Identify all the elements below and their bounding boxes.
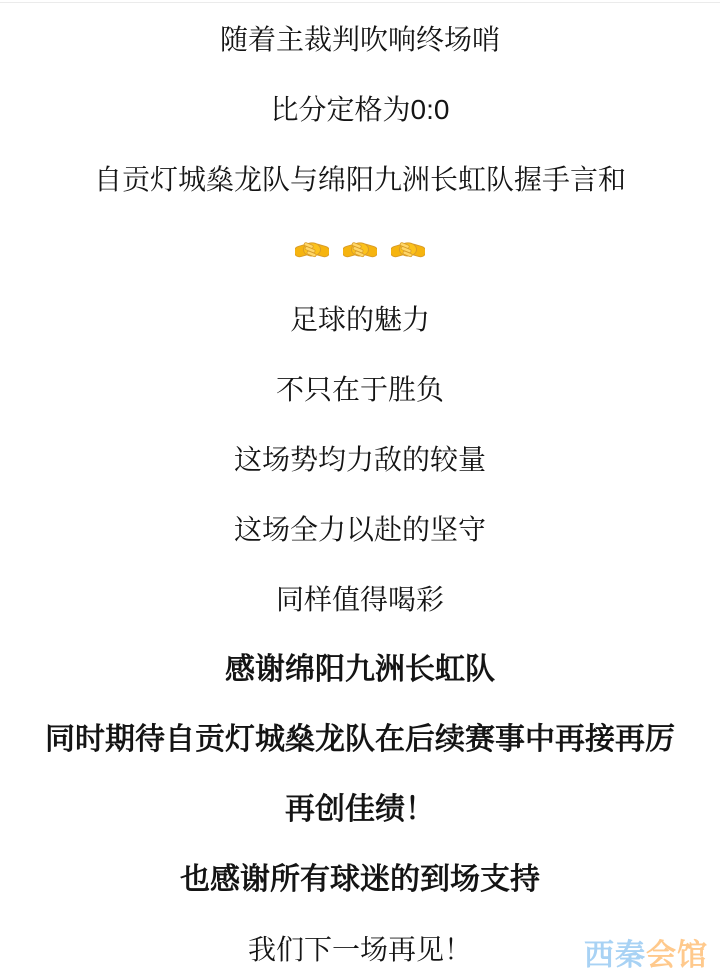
paragraph: 自贡灯城燊龙队与绵阳九洲长虹队握手言和 (20, 160, 700, 200)
paragraph: 同时期待自贡灯城燊龙队在后续赛事中再接再厉 (20, 720, 700, 760)
watermark: 西秦会馆 (584, 941, 708, 971)
paragraph: 足球的魅力 (20, 300, 700, 340)
handshake-icon (340, 234, 388, 265)
handshake-icon (292, 234, 340, 265)
handshake-emoji-row (20, 230, 700, 270)
paragraph: 同样值得喝彩 (20, 580, 700, 620)
paragraph: 感谢绵阳九洲长虹队 (20, 650, 700, 690)
paragraph: 再创佳绩！ (20, 790, 700, 830)
paragraph: 比分定格为0:0 (20, 90, 700, 130)
watermark-part-1: 西秦 (584, 939, 646, 972)
paragraph: 也感谢所有球迷的到场支持 (20, 860, 700, 900)
paragraph: 不只在于胜负 (20, 370, 700, 410)
paragraph: 这场势均力敌的较量 (20, 440, 700, 480)
watermark-part-2: 会馆 (646, 939, 708, 972)
top-divider (0, 2, 720, 3)
handshake-icon (388, 234, 428, 265)
paragraph: 随着主裁判吹响终场哨 (20, 20, 700, 60)
article-body: 随着主裁判吹响终场哨比分定格为0:0自贡灯城燊龙队与绵阳九洲长虹队握手言和 (0, 0, 720, 970)
article-page: 随着主裁判吹响终场哨比分定格为0:0自贡灯城燊龙队与绵阳九洲长虹队握手言和 (0, 0, 720, 970)
paragraph: 这场全力以赴的坚守 (20, 510, 700, 550)
